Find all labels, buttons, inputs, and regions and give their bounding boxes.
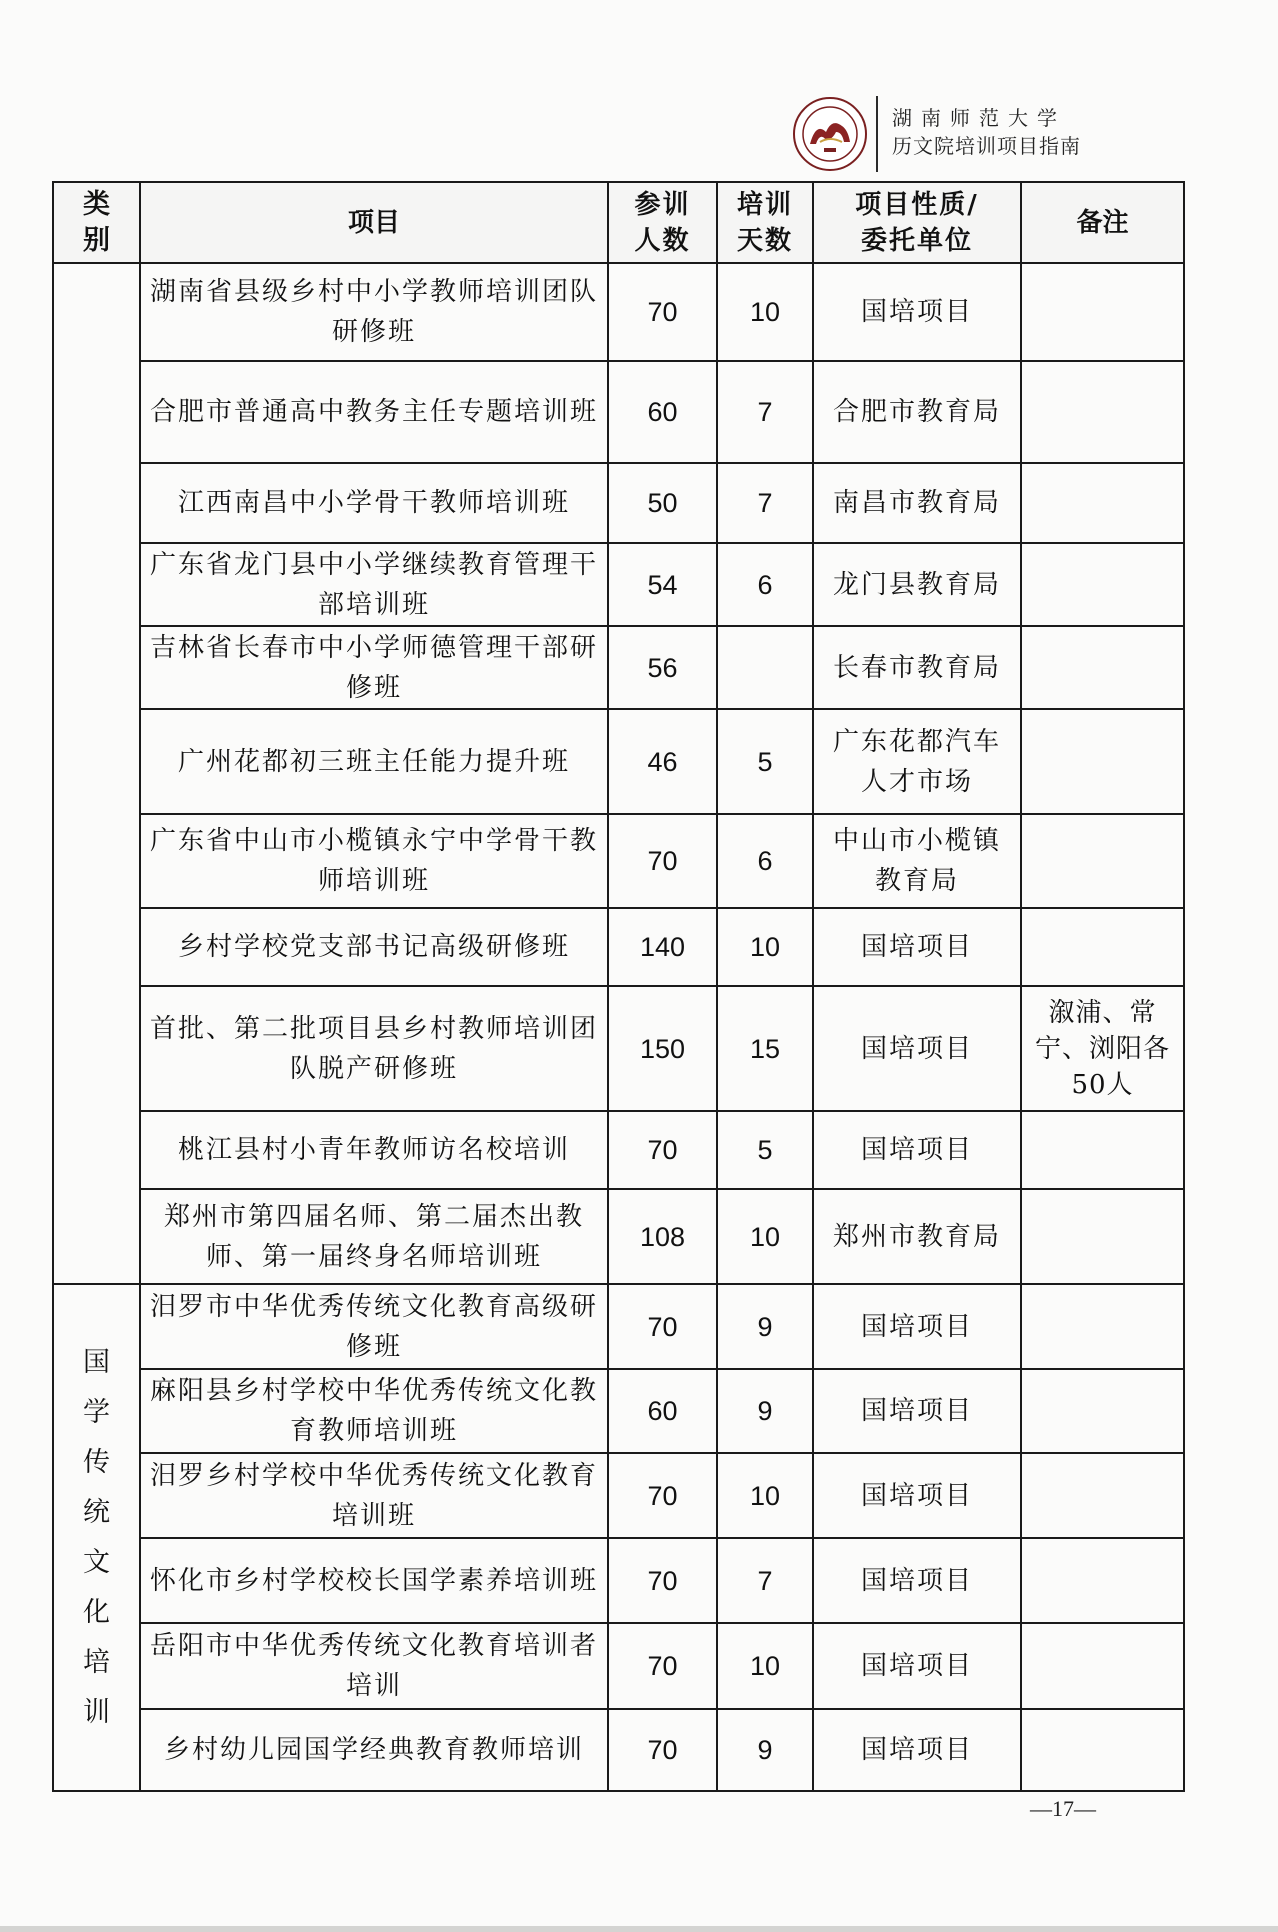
table-row: 乡村幼儿园国学经典教育教师培训 70 9 国培项目: [53, 1709, 1184, 1791]
nature: 国培项目: [813, 1111, 1021, 1189]
project-name: 麻阳县乡村学校中华优秀传统文化教育教师培训班: [140, 1369, 608, 1453]
header-participants: 参训人数: [608, 182, 717, 263]
header-days: 培训天数: [717, 182, 813, 263]
table-row: 郑州市第四届名师、第二届杰出教师、第一届终身名师培训班 108 10 郑州市教育…: [53, 1189, 1184, 1284]
project-name: 湖南省县级乡村中小学教师培训团队研修班: [140, 263, 608, 361]
remarks: [1021, 361, 1184, 463]
remarks: [1021, 463, 1184, 543]
university-name: 湖南师范大学: [892, 104, 1081, 132]
days: 10: [717, 1189, 813, 1284]
table-row: 吉林省长春市中小学师德管理干部研修班 56 长春市教育局: [53, 626, 1184, 709]
table-header-row: 类别 项目 参训人数 培训天数 项目性质/委托单位 备注: [53, 182, 1184, 263]
project-name: 合肥市普通高中教务主任专题培训班: [140, 361, 608, 463]
days: 6: [717, 543, 813, 626]
project-name: 乡村幼儿园国学经典教育教师培训: [140, 1709, 608, 1791]
days: 9: [717, 1284, 813, 1369]
table-row: 广东省中山市小榄镇永宁中学骨干教师培训班 70 6 中山市小榄镇教育局: [53, 814, 1184, 908]
document-header: 湖南师范大学 历文院培训项目指南: [892, 104, 1081, 160]
participants: 150: [608, 986, 717, 1111]
remarks: [1021, 908, 1184, 986]
remarks: [1021, 1369, 1184, 1453]
project-name: 汨罗市中华优秀传统文化教育高级研修班: [140, 1284, 608, 1369]
remarks: 溆浦、常宁、浏阳各50人: [1021, 986, 1184, 1111]
table-row: 岳阳市中华优秀传统文化教育培训者培训 70 10 国培项目: [53, 1623, 1184, 1709]
header-project: 项目: [140, 182, 608, 263]
days: 10: [717, 908, 813, 986]
table-row: 怀化市乡村学校校长国学素养培训班 70 7 国培项目: [53, 1538, 1184, 1623]
nature: 国培项目: [813, 1538, 1021, 1623]
project-name: 郑州市第四届名师、第二届杰出教师、第一届终身名师培训班: [140, 1189, 608, 1284]
participants: 108: [608, 1189, 717, 1284]
nature: 龙门县教育局: [813, 543, 1021, 626]
header-nature: 项目性质/委托单位: [813, 182, 1021, 263]
participants: 70: [608, 814, 717, 908]
table-row: 国学传统文化培训 汨罗市中华优秀传统文化教育高级研修班 70 9 国培项目: [53, 1284, 1184, 1369]
project-name: 怀化市乡村学校校长国学素养培训班: [140, 1538, 608, 1623]
days: 15: [717, 986, 813, 1111]
remarks: [1021, 626, 1184, 709]
project-name: 江西南昌中小学骨干教师培训班: [140, 463, 608, 543]
nature: 国培项目: [813, 908, 1021, 986]
participants: 50: [608, 463, 717, 543]
nature: 国培项目: [813, 1284, 1021, 1369]
training-projects-table: 类别 项目 参训人数 培训天数 项目性质/委托单位 备注 湖南省县级乡村中小学教…: [52, 181, 1185, 1792]
days: 10: [717, 263, 813, 361]
table-row: 广州花都初三班主任能力提升班 46 5 广东花都汽车人才市场: [53, 709, 1184, 814]
table-row: 广东省龙门县中小学继续教育管理干部培训班 54 6 龙门县教育局: [53, 543, 1184, 626]
page-number: —17—: [1030, 1796, 1096, 1822]
university-logo-icon: [792, 96, 868, 172]
nature: 国培项目: [813, 1453, 1021, 1538]
participants: 70: [608, 1623, 717, 1709]
participants: 46: [608, 709, 717, 814]
table-row: 湖南省县级乡村中小学教师培训团队研修班 70 10 国培项目: [53, 263, 1184, 361]
remarks: [1021, 1453, 1184, 1538]
participants: 60: [608, 361, 717, 463]
category-label: 国学传统文化培训: [82, 1338, 112, 1738]
participants: 70: [608, 1453, 717, 1538]
remarks: [1021, 1189, 1184, 1284]
remarks: [1021, 543, 1184, 626]
nature: 国培项目: [813, 263, 1021, 361]
days: 7: [717, 361, 813, 463]
participants: 60: [608, 1369, 717, 1453]
participants: 70: [608, 263, 717, 361]
project-name: 广东省龙门县中小学继续教育管理干部培训班: [140, 543, 608, 626]
remarks: [1021, 1111, 1184, 1189]
project-name: 乡村学校党支部书记高级研修班: [140, 908, 608, 986]
nature: 中山市小榄镇教育局: [813, 814, 1021, 908]
nature: 郑州市教育局: [813, 1189, 1021, 1284]
remarks: [1021, 1709, 1184, 1791]
remarks: [1021, 263, 1184, 361]
project-name: 汨罗乡村学校中华优秀传统文化教育培训班: [140, 1453, 608, 1538]
participants: 70: [608, 1538, 717, 1623]
remarks: [1021, 1284, 1184, 1369]
page-edge-shadow: [0, 1926, 1278, 1932]
table-row: 桃江县村小青年教师访名校培训 70 5 国培项目: [53, 1111, 1184, 1189]
remarks: [1021, 814, 1184, 908]
days: 5: [717, 709, 813, 814]
nature: 南昌市教育局: [813, 463, 1021, 543]
participants: 70: [608, 1111, 717, 1189]
project-name: 桃江县村小青年教师访名校培训: [140, 1111, 608, 1189]
days: 7: [717, 1538, 813, 1623]
category-cell: 国学传统文化培训: [53, 1284, 140, 1791]
days: 7: [717, 463, 813, 543]
project-name: 广东省中山市小榄镇永宁中学骨干教师培训班: [140, 814, 608, 908]
days: 10: [717, 1623, 813, 1709]
project-name: 首批、第二批项目县乡村教师培训团队脱产研修班: [140, 986, 608, 1111]
nature: 广东花都汽车人才市场: [813, 709, 1021, 814]
category-cell: [53, 263, 140, 1284]
nature: 长春市教育局: [813, 626, 1021, 709]
header-remarks: 备注: [1021, 182, 1184, 263]
nature: 国培项目: [813, 1709, 1021, 1791]
days: 5: [717, 1111, 813, 1189]
project-name: 吉林省长春市中小学师德管理干部研修班: [140, 626, 608, 709]
table-row: 首批、第二批项目县乡村教师培训团队脱产研修班 150 15 国培项目 溆浦、常宁…: [53, 986, 1184, 1111]
table-row: 麻阳县乡村学校中华优秀传统文化教育教师培训班 60 9 国培项目: [53, 1369, 1184, 1453]
project-name: 广州花都初三班主任能力提升班: [140, 709, 608, 814]
nature: 国培项目: [813, 1369, 1021, 1453]
table-row: 乡村学校党支部书记高级研修班 140 10 国培项目: [53, 908, 1184, 986]
remarks: [1021, 1538, 1184, 1623]
nature: 国培项目: [813, 1623, 1021, 1709]
header-separator: [876, 96, 878, 172]
days: 6: [717, 814, 813, 908]
days: 9: [717, 1709, 813, 1791]
header-category: 类别: [53, 182, 140, 263]
table-row: 汨罗乡村学校中华优秀传统文化教育培训班 70 10 国培项目: [53, 1453, 1184, 1538]
remarks: [1021, 1623, 1184, 1709]
remarks: [1021, 709, 1184, 814]
days: 9: [717, 1369, 813, 1453]
days: 10: [717, 1453, 813, 1538]
document-subtitle: 历文院培训项目指南: [892, 132, 1081, 160]
participants: 56: [608, 626, 717, 709]
table-row: 合肥市普通高中教务主任专题培训班 60 7 合肥市教育局: [53, 361, 1184, 463]
participants: 70: [608, 1709, 717, 1791]
nature: 国培项目: [813, 986, 1021, 1111]
nature: 合肥市教育局: [813, 361, 1021, 463]
table-row: 江西南昌中小学骨干教师培训班 50 7 南昌市教育局: [53, 463, 1184, 543]
days: [717, 626, 813, 709]
participants: 70: [608, 1284, 717, 1369]
participants: 140: [608, 908, 717, 986]
project-name: 岳阳市中华优秀传统文化教育培训者培训: [140, 1623, 608, 1709]
participants: 54: [608, 543, 717, 626]
